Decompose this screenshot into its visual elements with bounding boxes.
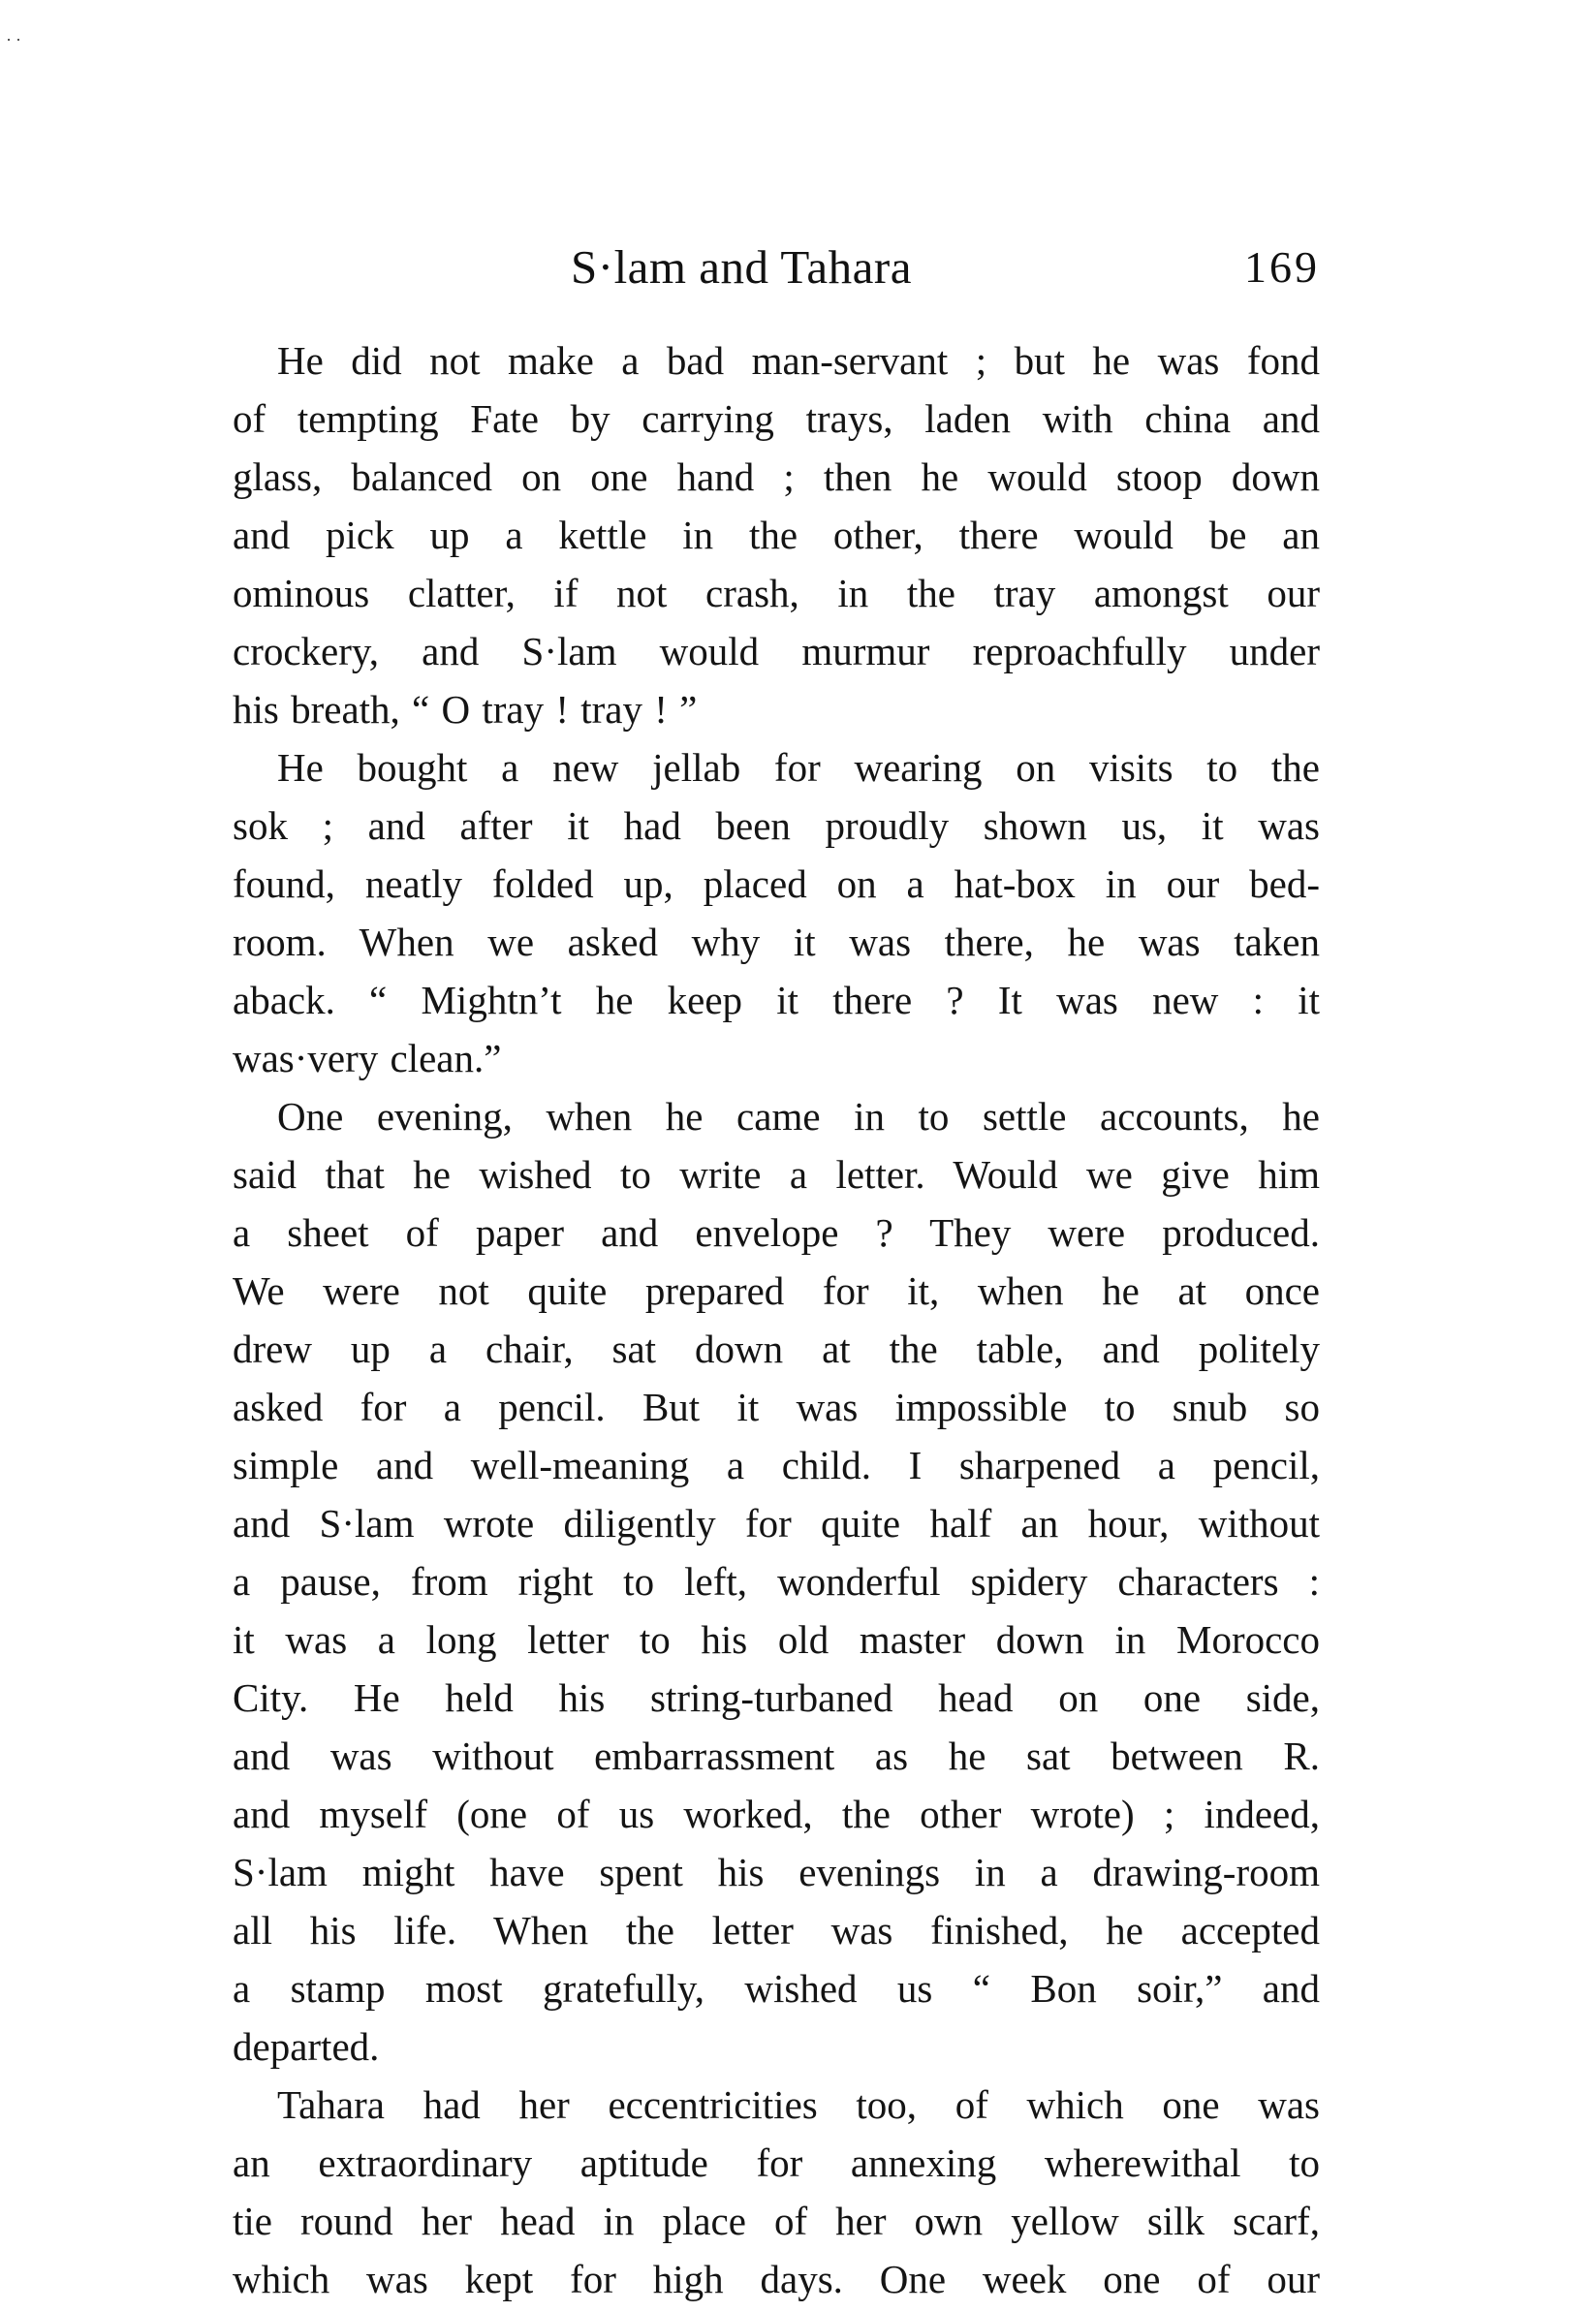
text-line: and S·lam wrote diligently for quite hal… [233, 1494, 1320, 1552]
text-line: City. He held his string-turbaned head o… [233, 1669, 1320, 1727]
text-line: a stamp most gratefully, wished us “ Bon… [233, 1959, 1320, 2017]
text-line: ominous clatter, if not crash, in the tr… [233, 564, 1320, 622]
book-page: S·lam and Tahara 169 He did not make a b… [0, 0, 1596, 2312]
text-line: drew up a chair, sat down at the table, … [233, 1320, 1320, 1378]
text-line: He did not make a bad man-servant ; but … [233, 331, 1320, 390]
text-line: and myself (one of us worked, the other … [233, 1785, 1320, 1843]
text-line: crockery, and S·lam would murmur reproac… [233, 622, 1320, 680]
text-line: tie round her head in place of her own y… [233, 2192, 1320, 2250]
text-line: and was without embarrassment as he sat … [233, 1727, 1320, 1785]
page-number: 169 [1244, 238, 1320, 297]
text-line: a sheet of paper and envelope ? They wer… [233, 1203, 1320, 1262]
text-line: departed. [233, 2017, 1320, 2076]
scan-speck [8, 39, 10, 41]
paragraph-4: Tahara had her eccentricities too, of wh… [233, 2076, 1320, 2308]
paragraph-3: One evening, when he came in to settle a… [233, 1087, 1320, 2076]
running-title: S·lam and Tahara [571, 238, 912, 297]
text-line: glass, balanced on one hand ; then he wo… [233, 448, 1320, 506]
text-line: We were not quite prepared for it, when … [233, 1262, 1320, 1320]
scan-speck [923, 2234, 925, 2235]
text-line: One evening, when he came in to settle a… [233, 1087, 1320, 1145]
text-line: aback. “ Mightn’t he keep it there ? It … [233, 971, 1320, 1029]
text-line: found, neatly folded up, placed on a hat… [233, 855, 1320, 913]
text-line: and pick up a kettle in the other, there… [233, 506, 1320, 564]
running-head: S·lam and Tahara 169 [233, 238, 1320, 297]
text-line: simple and well-meaning a child. I sharp… [233, 1436, 1320, 1494]
text-line: it was a long letter to his old master d… [233, 1610, 1320, 1669]
text-line: was·very clean.” [233, 1029, 1320, 1087]
paragraph-1: He did not make a bad man-servant ; but … [233, 331, 1320, 738]
text-line: his breath, “ O tray ! tray ! ” [233, 680, 1320, 738]
text-line: asked for a pencil. But it was impossibl… [233, 1378, 1320, 1436]
text-line: room. When we asked why it was there, he… [233, 913, 1320, 971]
text-line: sok ; and after it had been proudly show… [233, 797, 1320, 855]
text-line: a pause, from right to left, wonderful s… [233, 1552, 1320, 1610]
paragraph-2: He bought a new jellab for wearing on vi… [233, 738, 1320, 1087]
body-text: He did not make a bad man-servant ; but … [233, 331, 1320, 2308]
text-line: of tempting Fate by carrying trays, lade… [233, 390, 1320, 448]
text-line: S·lam might have spent his evenings in a… [233, 1843, 1320, 1901]
text-line: an extraordinary aptitude for annexing w… [233, 2134, 1320, 2192]
text-line: Tahara had her eccentricities too, of wh… [233, 2076, 1320, 2134]
text-line: He bought a new jellab for wearing on vi… [233, 738, 1320, 797]
text-line: all his life. When the letter was finish… [233, 1901, 1320, 1959]
text-line: said that he wished to write a letter. W… [233, 1145, 1320, 1203]
scan-speck [17, 39, 19, 41]
text-line: which was kept for high days. One week o… [233, 2250, 1320, 2308]
